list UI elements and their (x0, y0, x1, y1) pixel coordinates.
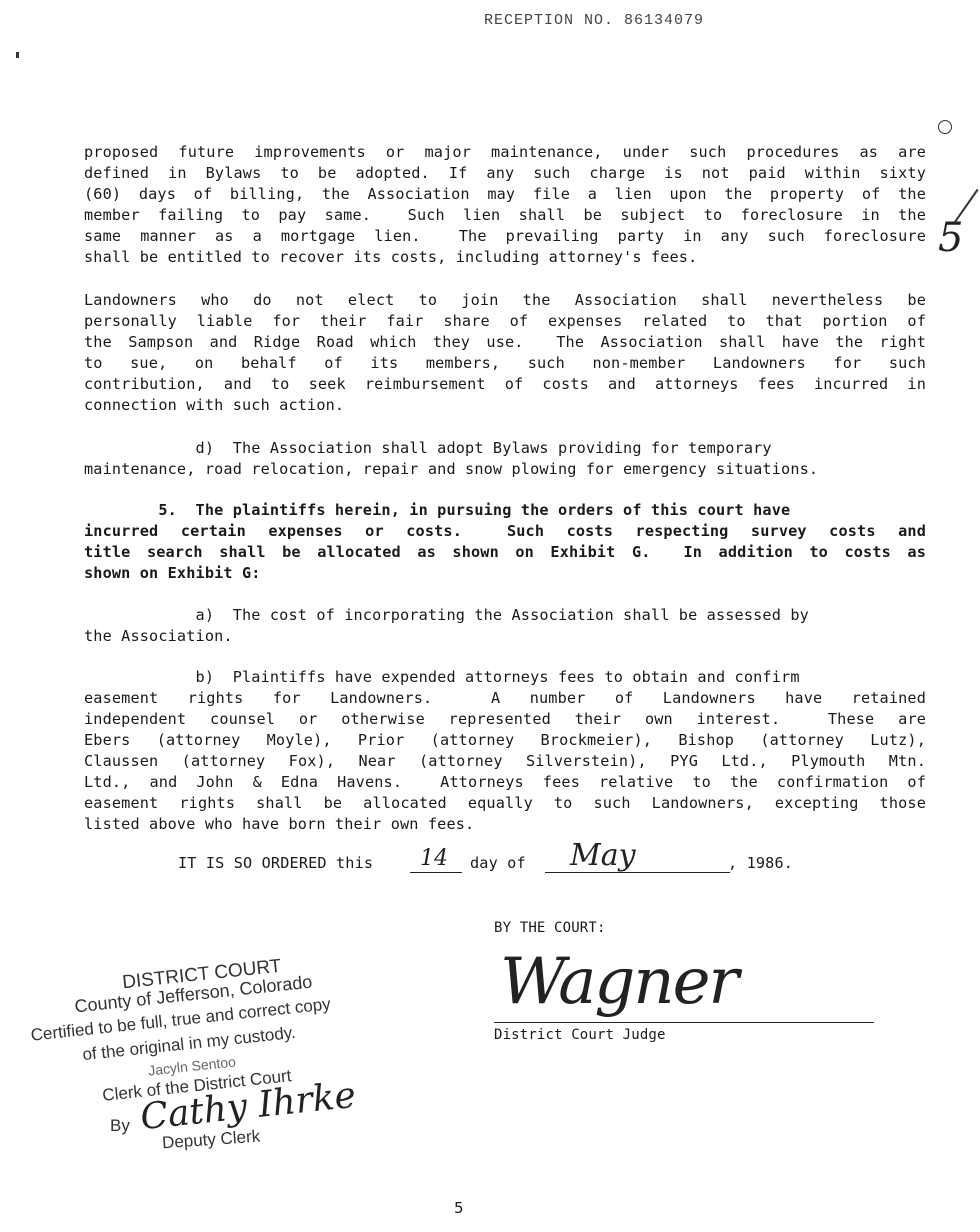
text-line: Ltd., and John & Edna Havens. Attorneys … (84, 772, 926, 793)
judge-signature: Wagner (500, 945, 737, 1019)
text-line: a) The cost of incorporating the Associa… (84, 605, 926, 626)
text-line: contribution, and to seek reimbursement … (84, 374, 926, 395)
order-year: , 1986. (728, 853, 793, 874)
text-line: b) Plaintiffs have expended attorneys fe… (84, 667, 926, 688)
text-line: independent counsel or otherwise represe… (84, 709, 926, 730)
judge-title: District Court Judge (494, 1025, 666, 1046)
text-line: easement rights for Landowners. A number… (84, 688, 926, 709)
text-line: the Association. (84, 626, 926, 647)
text-line: maintenance, road relocation, repair and… (84, 459, 926, 480)
order-month-handwritten: May (570, 838, 636, 873)
page-number: 5 (454, 1198, 464, 1219)
text-line: shall be entitled to recover its costs, … (84, 247, 926, 268)
reception-number: RECEPTION NO. 86134079 (484, 12, 704, 29)
text-line: incurred certain expenses or costs. Such… (84, 521, 926, 542)
text-line: same manner as a mortgage lien. The prev… (84, 226, 926, 247)
text-line: connection with such action. (84, 395, 926, 416)
text-line: defined in Bylaws to be adopted. If any … (84, 163, 926, 184)
text-line: proposed future improvements or major ma… (84, 142, 926, 163)
order-day-label: day of (470, 853, 526, 874)
order-prefix: IT IS SO ORDERED this (178, 853, 373, 874)
text-line: member failing to pay same. Such lien sh… (84, 205, 926, 226)
order-day-handwritten: 14 (420, 846, 448, 871)
certification-stamp: DISTRICT COURT County of Jefferson, Colo… (30, 960, 410, 1160)
text-line: 5. The plaintiffs herein, in pursuing th… (84, 500, 926, 521)
text-line: personally liable for their fair share o… (84, 311, 926, 332)
by-the-court-label: BY THE COURT: (494, 918, 606, 939)
margin-handwritten-mark: 5 (938, 215, 963, 261)
left-margin-dot (16, 52, 19, 58)
text-line: d) The Association shall adopt Bylaws pr… (84, 438, 926, 459)
margin-stroke (954, 189, 978, 223)
text-line: listed above who have born their own fee… (84, 814, 926, 835)
text-line: to sue, on behalf of its members, such n… (84, 353, 926, 374)
document-page: RECEPTION NO. 86134079 5 proposed future… (0, 0, 980, 1232)
text-line: Claussen (attorney Fox), Near (attorney … (84, 751, 926, 772)
stamp-by: By (110, 1116, 130, 1136)
text-line: shown on Exhibit G: (84, 563, 926, 584)
text-line: title search shall be allocated as shown… (84, 542, 926, 563)
text-line: Landowners who do not elect to join the … (84, 290, 926, 311)
text-line: (60) days of billing, the Association ma… (84, 184, 926, 205)
text-line: easement rights shall be allocated equal… (84, 793, 926, 814)
circle-mark (938, 120, 952, 134)
text-line: the Sampson and Ridge Road which they us… (84, 332, 926, 353)
text-line: Ebers (attorney Moyle), Prior (attorney … (84, 730, 926, 751)
